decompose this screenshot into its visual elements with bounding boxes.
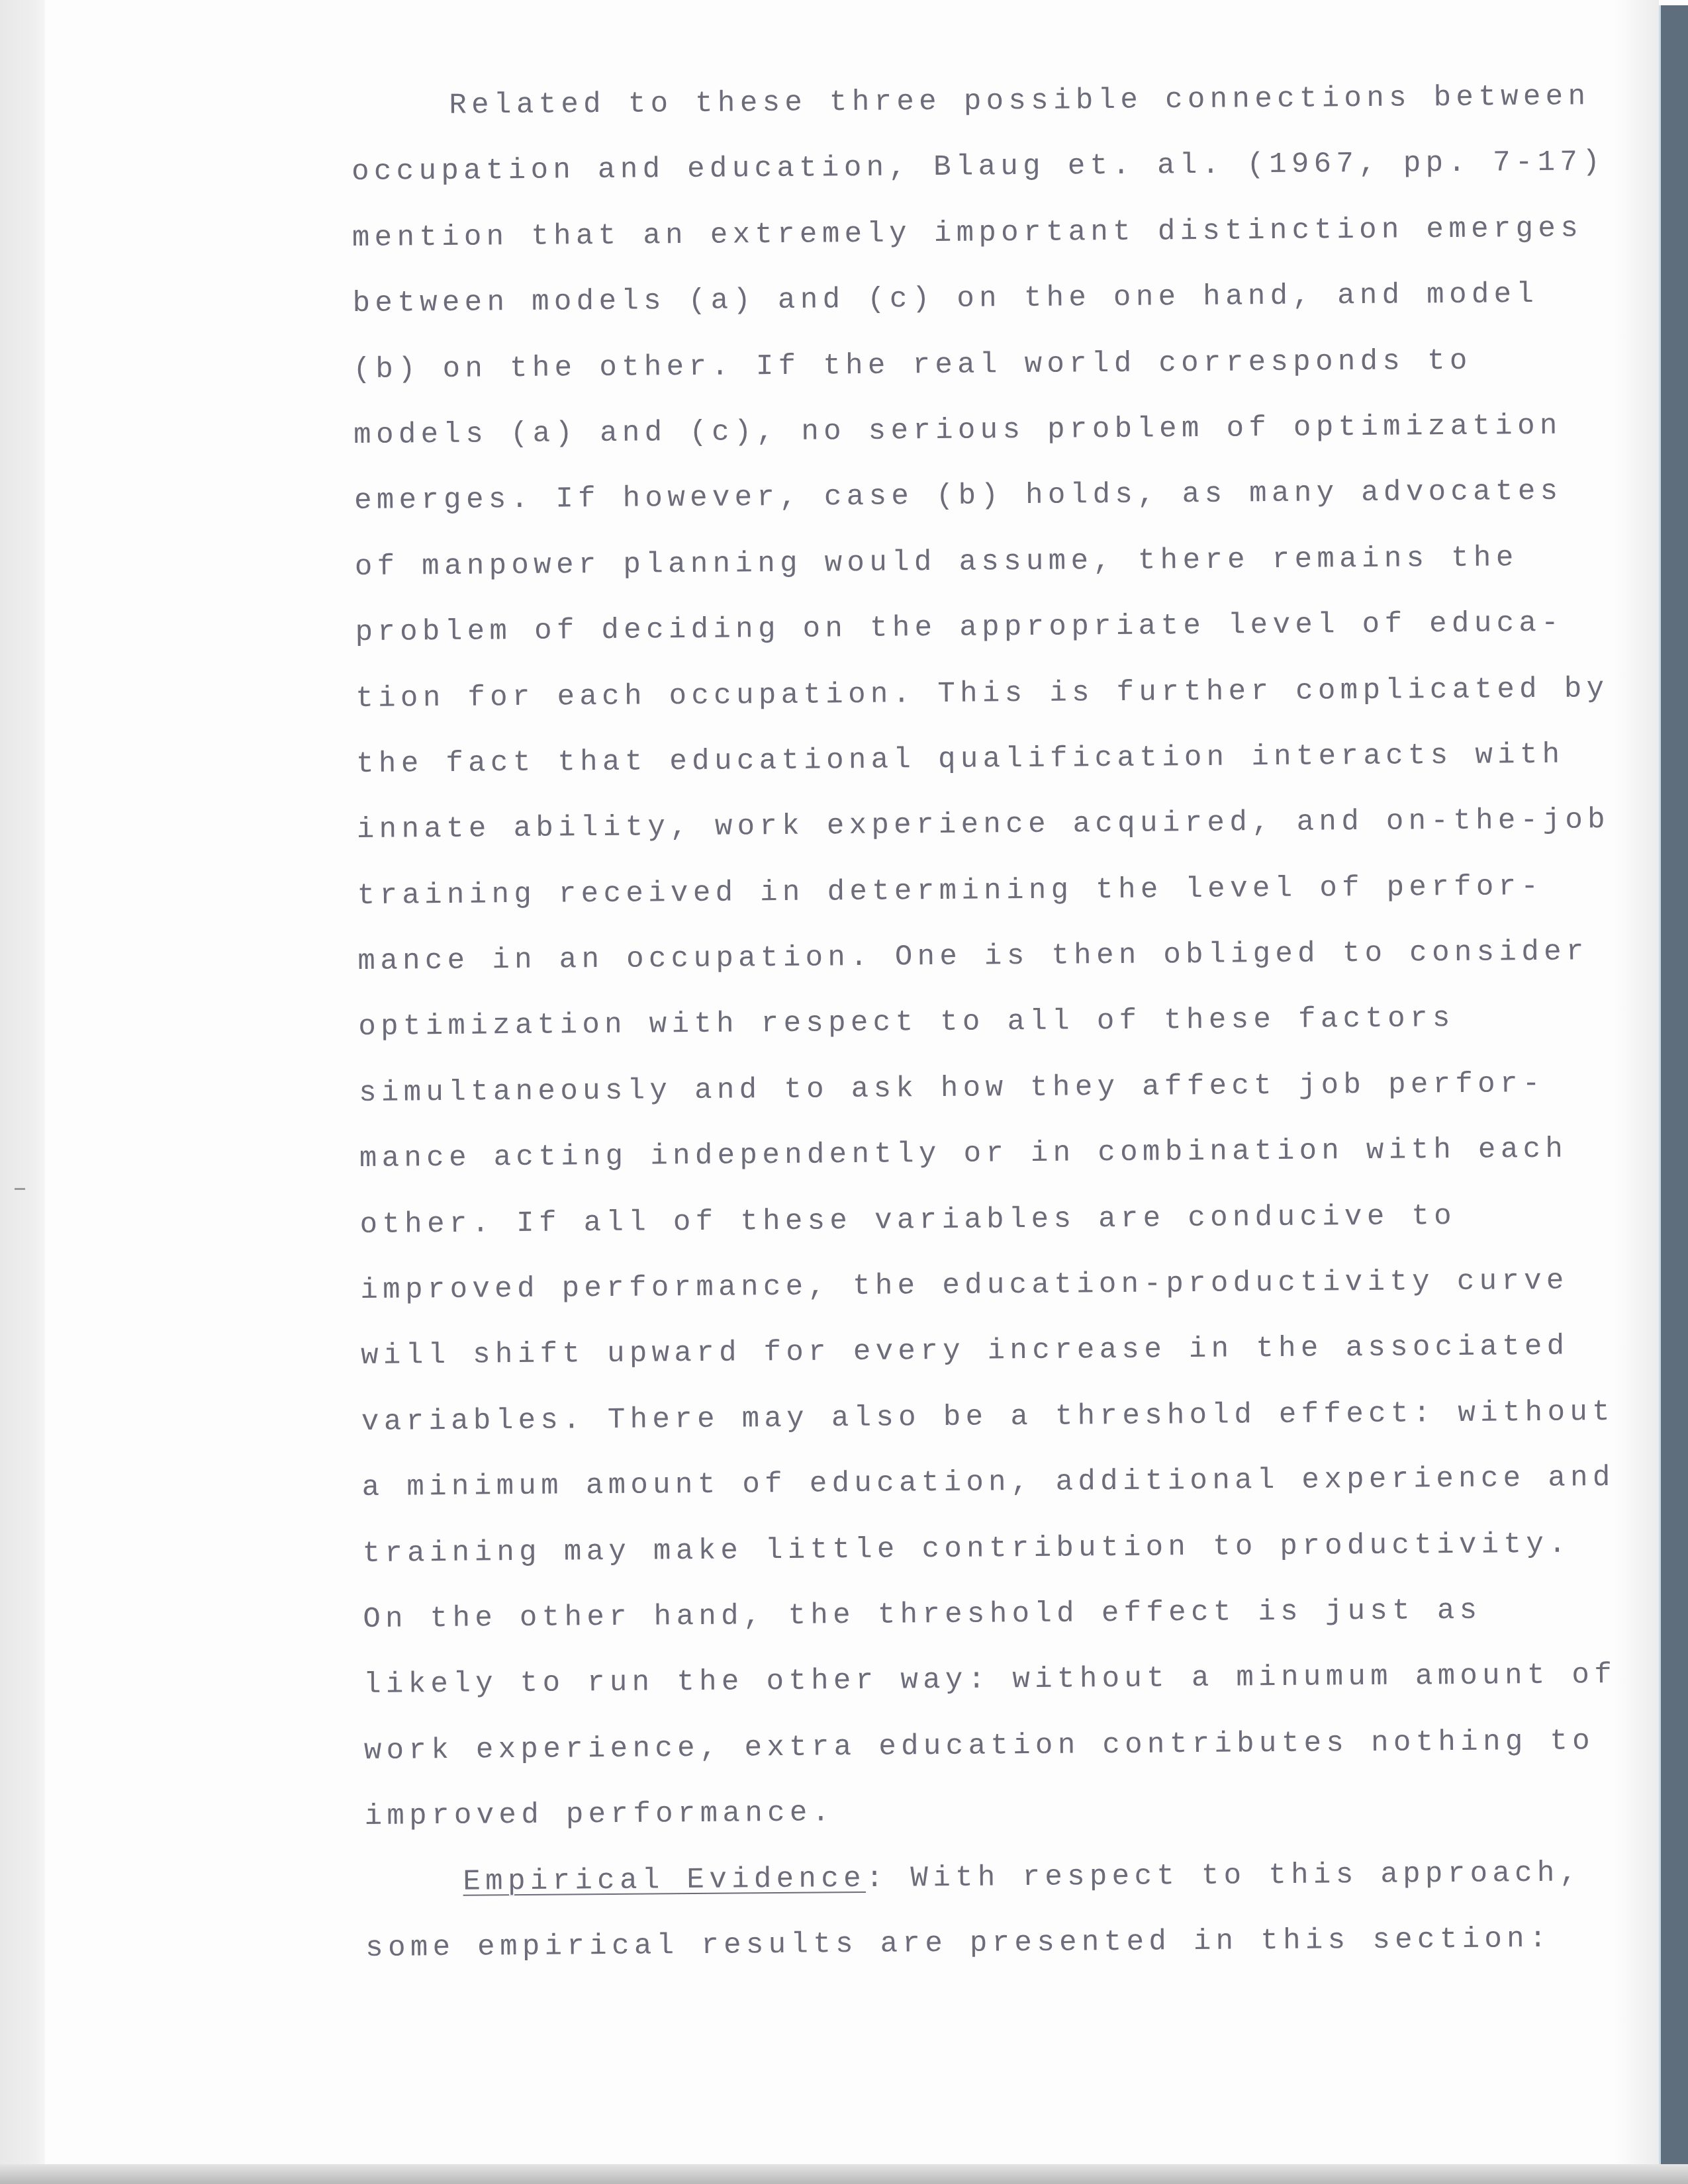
paragraph-1-line: emerges. If however, case (b) holds, as … bbox=[354, 459, 1546, 535]
section-heading-empirical-evidence: Empirical Evidence bbox=[463, 1862, 866, 1899]
paragraph-1-line: Related to these three possible connecti… bbox=[351, 65, 1543, 140]
paragraph-2-first-line: Empirical Evidence: With respect to this… bbox=[365, 1841, 1557, 1916]
paragraph-1-line: occupation and education, Blaug et. al. … bbox=[352, 130, 1544, 206]
paragraph-1-line: simultaneously and to ask how they affec… bbox=[359, 1052, 1551, 1127]
scan-right-edge bbox=[1659, 5, 1688, 2184]
paragraph-1-line: improved performance. bbox=[364, 1775, 1556, 1850]
paragraph-1-line: of manpower planning would assume, there… bbox=[354, 525, 1546, 601]
scan-bottom-edge bbox=[0, 2164, 1688, 2184]
paragraph-1-line: mance acting independently or in combina… bbox=[359, 1117, 1551, 1193]
paragraph-1-line: mance in an occupation. One is then obli… bbox=[357, 920, 1550, 995]
paragraph-1-line: optimization with respect to all of thes… bbox=[358, 985, 1550, 1061]
paragraph-2-line: some empirical results are presented in … bbox=[365, 1907, 1558, 1982]
body-text: Related to these three possible connecti… bbox=[351, 65, 1558, 1981]
paragraph-1-line: between models (a) and (c) on the one ha… bbox=[352, 262, 1544, 338]
paragraph-2-line: : With respect to this approach, bbox=[866, 1856, 1582, 1895]
scan-edge-mark bbox=[15, 1188, 25, 1190]
paragraph-1-line: models (a) and (c), no serious problem o… bbox=[353, 394, 1546, 469]
paragraph-1-line: other. If all of these variables are con… bbox=[359, 1183, 1552, 1258]
paragraph-1-line: work experience, extra education contrib… bbox=[364, 1709, 1556, 1785]
paragraph-1-line: variables. There may also be a threshold… bbox=[361, 1381, 1554, 1456]
paragraph-1-line: innate ability, work experience acquired… bbox=[357, 788, 1549, 864]
paragraph-1-line: likely to run the other way: without a m… bbox=[363, 1643, 1556, 1719]
paragraph-1-line: a minimum amount of education, additiona… bbox=[361, 1446, 1554, 1522]
paragraph-1-line: training may make little contribution to… bbox=[362, 1512, 1554, 1587]
paragraph-1-line: tion for each occupation. This is furthe… bbox=[355, 657, 1548, 732]
paragraph-1-line: will shift upward for every increase in … bbox=[361, 1314, 1553, 1390]
paragraph-1-line: (b) on the other. If the real world corr… bbox=[353, 328, 1545, 403]
paragraph-1-line: training received in determining the lev… bbox=[357, 854, 1549, 930]
paragraph-1-line: problem of deciding on the appropriate l… bbox=[355, 591, 1547, 666]
paragraph-1-line: mention that an extremely important dist… bbox=[352, 197, 1544, 272]
scan-left-margin bbox=[0, 0, 45, 2184]
paragraph-1-line: the fact that educational qualification … bbox=[356, 723, 1548, 798]
paragraph-1-line: On the other hand, the threshold effect … bbox=[363, 1578, 1555, 1653]
scanned-page: Related to these three possible connecti… bbox=[0, 0, 1688, 2184]
paragraph-1-line: improved performance, the education-prod… bbox=[360, 1249, 1552, 1324]
scan-right-shadow bbox=[1615, 0, 1659, 2184]
